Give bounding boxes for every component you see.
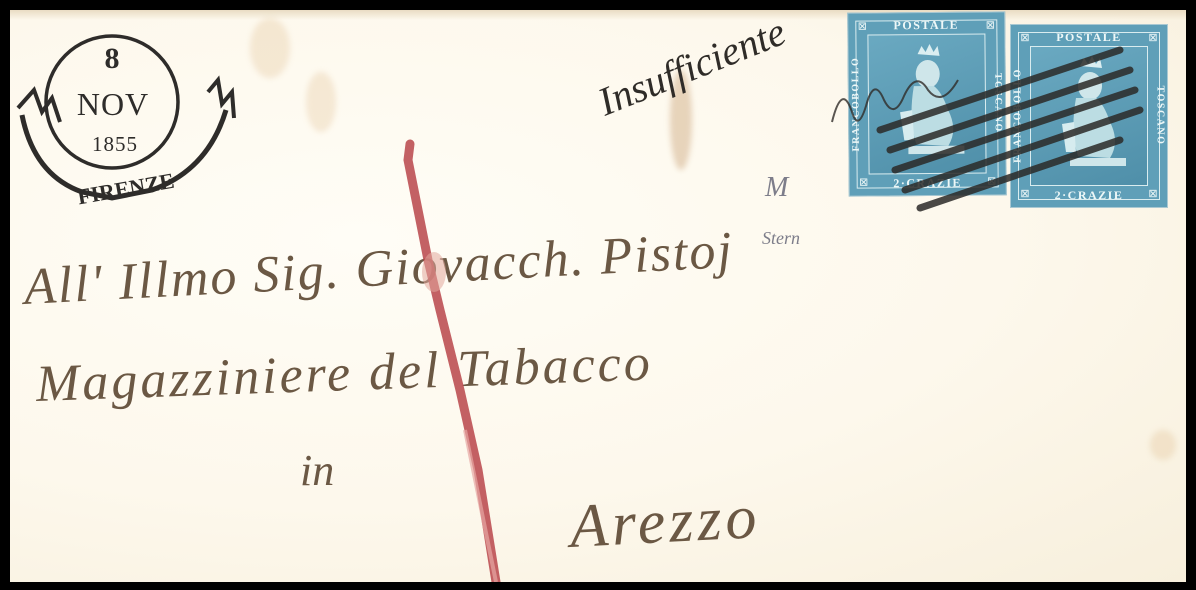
lion-icon — [1040, 52, 1138, 180]
stamp-2: ⊠⊠ ⊠⊠ POSTALE FRANCOBOLLO TOSCANO 2·CRAZ… — [1010, 24, 1168, 208]
postmark-month: NOV — [68, 86, 158, 123]
postmark-day: 8 — [98, 42, 126, 76]
foxing-stain — [250, 18, 290, 78]
stamp-value: 2·CRAZIE — [849, 175, 1007, 191]
address-line-2: Magazziniere del Tabacco — [35, 333, 654, 413]
pencil-signature: Stern — [762, 228, 800, 249]
address-line-1: All' Illmo Sig. Giovacch. Pistoj — [22, 221, 735, 317]
stamp-1: ⊠⊠ ⊠⊠ POSTALE FRANCOBOLLO TOSCANO 2·CRAZ… — [847, 11, 1007, 196]
postmark-year: 1855 — [80, 132, 150, 157]
stamp-right-text: TOSCANO — [992, 33, 1004, 173]
stamp-value: 2·CRAZIE — [1010, 188, 1168, 203]
stamp-left-text: FRANCOBOLLO — [1013, 46, 1024, 186]
top-edge-wear — [10, 10, 1186, 20]
address-line-3: in — [300, 445, 334, 496]
firenze-postmark: FIRENZE 8 NOV 1855 — [12, 20, 242, 210]
stamp-right-text: TOSCANO — [1155, 46, 1166, 186]
svg-text:FIRENZE: FIRENZE — [75, 168, 176, 210]
stamp-top-text: POSTALE — [847, 17, 1005, 33]
pencil-mark: M — [765, 172, 788, 204]
lion-icon — [877, 40, 976, 169]
postal-cover: FIRENZE 8 NOV 1855 Insufficiente ⊠⊠ ⊠⊠ P… — [10, 10, 1186, 582]
foxing-stain — [306, 72, 336, 132]
stamp-top-text: POSTALE — [1010, 30, 1168, 45]
address-line-4: Arezzo — [568, 482, 762, 563]
stamp-left-text: FRANCOBOLLO — [850, 34, 862, 174]
foxing-stain — [1150, 430, 1176, 460]
